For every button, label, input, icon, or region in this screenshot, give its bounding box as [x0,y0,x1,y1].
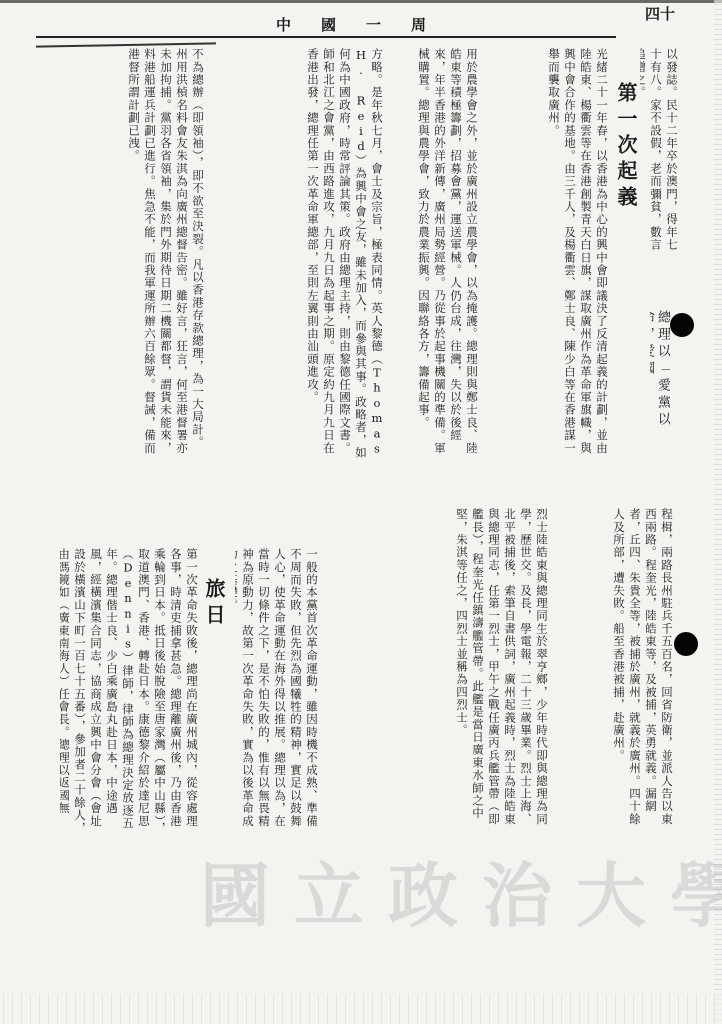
body-text-lower-middle: 一般的本黨首次革命運動，雖因時機不成熟、準備不周而失敗，但先烈為國犧牲的精神，實… [235,548,320,838]
newspaper-page: 中國一周 四十 以發誌。民十二年卒於澳門，得年七十有八。家不設假，老而彌貧，數言… [0,0,722,1024]
publication-title: 中國一周 [276,14,456,35]
page-number: 四十 [645,3,675,24]
masthead-rule [36,36,616,38]
body-text-travel-japan: 第一次革命失敗後，總理尚在廣州城內，從容處理各事，時清吏捕拿甚急。總理離廣州後，… [60,548,200,838]
column-rule [36,42,216,47]
section-heading-first-uprising: 第一次起義 [612,82,641,222]
punch-hole-lower [674,632,698,656]
body-text-middle: 用於農學會之外，並於廣州設立農學會，以為掩護。總理則與鄭士良、陸皓東等積極籌劃，… [385,48,480,460]
intro-text: 以發誌。民十二年卒於澳門，得年七十有八。家不設假，老而彌貧，數言追贈之。 [640,48,680,258]
quote-text: 總理以「愛黨以命，愛國 [650,310,670,460]
body-text-right: 光緒二十一年春，以香港為中心的興中會即議決了反清起義的計劃，並由陸皓東、楊衢雲等… [480,48,610,460]
punch-hole-upper [670,313,694,337]
library-watermark: 國立政治大學 [200,840,722,941]
masthead: 中國一周 [36,8,616,38]
body-text-martyrs: 烈士陸皓東與總理同生於翠亨鄉，少年時代即與總理為同學，歷世交。及長，學電報，二十… [320,508,550,838]
scan-edge-top [0,0,722,3]
scan-edge-bottom [0,994,722,1024]
body-text-left-middle: 方略。是年秋七月，會士及宗旨，極表同情。英人黎德（Thomas H. Reid）… [205,48,385,460]
body-text-lower-right: 程楫，兩路長州駐兵千五百名，回省防衛，並派人告以東西兩路。程奎光，陸皓東等，及被… [570,508,675,838]
body-text-left: 不為總辦（即領袖），即不欲至決裂。凡以香港存款總理，為一大局計。州用洪楨名料會友… [36,48,206,460]
section-heading-travel-japan: 旅日 [200,578,229,658]
